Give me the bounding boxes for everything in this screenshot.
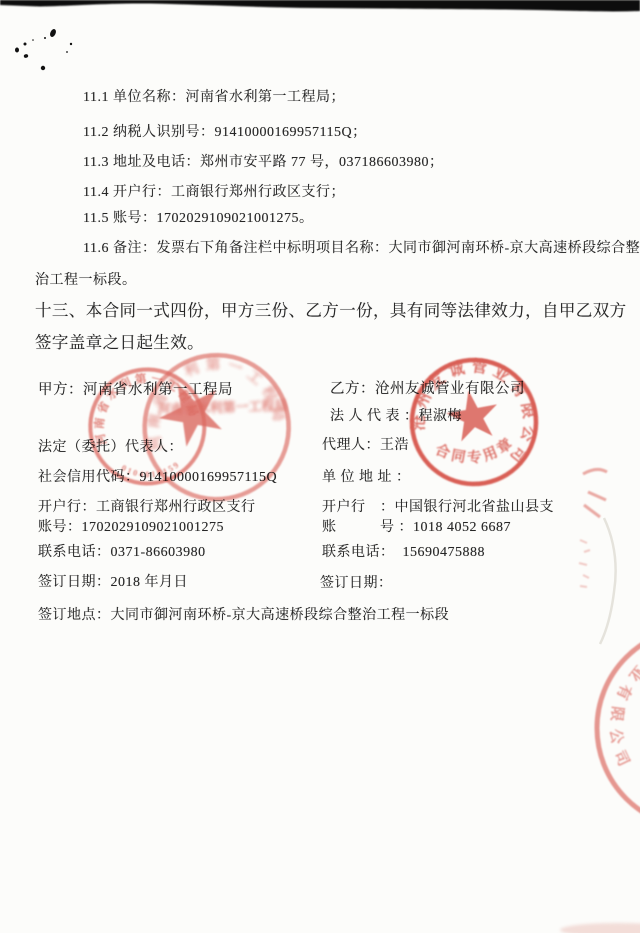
party-b-account: 账 号 ：1018 4052 6687	[322, 516, 511, 536]
contract-scan-page: 11.1 单位名称：河南省水利第一工程局； 11.2 纳税人识别号：914100…	[0, 0, 640, 933]
party-b-sign-date: 签订日期：	[320, 572, 393, 592]
edge-seal-ring-text: 业有限公司	[606, 662, 640, 777]
svg-text:业有限公司: 业有限公司	[606, 662, 640, 777]
party-b-phone: 联系电话： 15690475888	[322, 541, 485, 561]
party-a-sign-date: 签订日期：2018 年月日	[38, 571, 188, 591]
party-a-representative: 法定（委托）代表人：	[38, 436, 183, 456]
clause-11-6-line2: 治工程一标段。	[35, 269, 137, 289]
party-a-account: 账号：1702029109021001275	[38, 516, 224, 536]
clause-11-6-line1: 11.6 备注：发票右下角备注栏中标明项目名称：大同市御河南环桥-京大高速桥段综…	[83, 237, 640, 257]
party-a-seal-inner-text: 河南省水利第一工程局	[157, 398, 287, 418]
party-a-name: 甲方：河南省水利第一工程局	[38, 378, 233, 399]
party-a-credit-code: 社会信用代码：91410000169957115Q	[38, 466, 277, 486]
party-b-legal-representative: 法 人 代 表 ：程淑梅	[330, 405, 462, 425]
clause-11-5: 11.5 账号：1702029109021001275。	[83, 207, 313, 227]
scanner-edge-band	[0, 0, 640, 11]
red-bleed-marks	[579, 469, 607, 587]
party-b-name: 乙方：沧州友诚管业有限公司	[330, 377, 525, 398]
paper-crease	[600, 518, 616, 644]
clause-13-line2: 签字盖章之日起生效。	[35, 329, 204, 353]
svg-text:河南省水利第一工程局: 河南省水利第一工程局	[121, 330, 295, 485]
clause-11-3: 11.3 地址及电话：郑州市安平路 77 号，037186603980；	[83, 151, 443, 171]
svg-text:合同专用章: 合同专用章	[430, 427, 520, 474]
party-a-seal-ring-text-2: 河南省水利第一工程局	[121, 330, 295, 485]
clause-13-line1: 十三、本合同一式四份，甲方三份、乙方一份，具有同等法律效力，自甲乙双方	[35, 297, 627, 321]
clause-11-1: 11.1 单位名称：河南省水利第一工程局；	[83, 86, 345, 106]
ink-specks	[15, 28, 72, 70]
edge-seal-fragment: 业有限公司	[597, 628, 640, 828]
party-a-phone: 联系电话：0371-86603980	[38, 541, 206, 561]
clause-11-4: 11.4 开户行：工商银行郑州行政区支行；	[83, 181, 345, 201]
sign-place: 签订地点：大同市御河南环桥-京大高速桥段综合整治工程一标段	[38, 604, 449, 624]
party-b-address: 单 位 地 址 ：	[322, 466, 411, 486]
pink-smudge	[560, 923, 640, 933]
party-b-agent: 代理人：王浩	[322, 434, 409, 454]
party-a-bank: 开户行：工商银行郑州行政区支行	[38, 496, 256, 516]
party-b-seal-center-text: 合同专用章	[430, 427, 520, 474]
party-b-bank: 开户行 ：中国银行河北省盐山县支	[322, 496, 554, 516]
clause-11-2: 11.2 纳税人识别号：91410000169957115Q；	[83, 121, 367, 141]
